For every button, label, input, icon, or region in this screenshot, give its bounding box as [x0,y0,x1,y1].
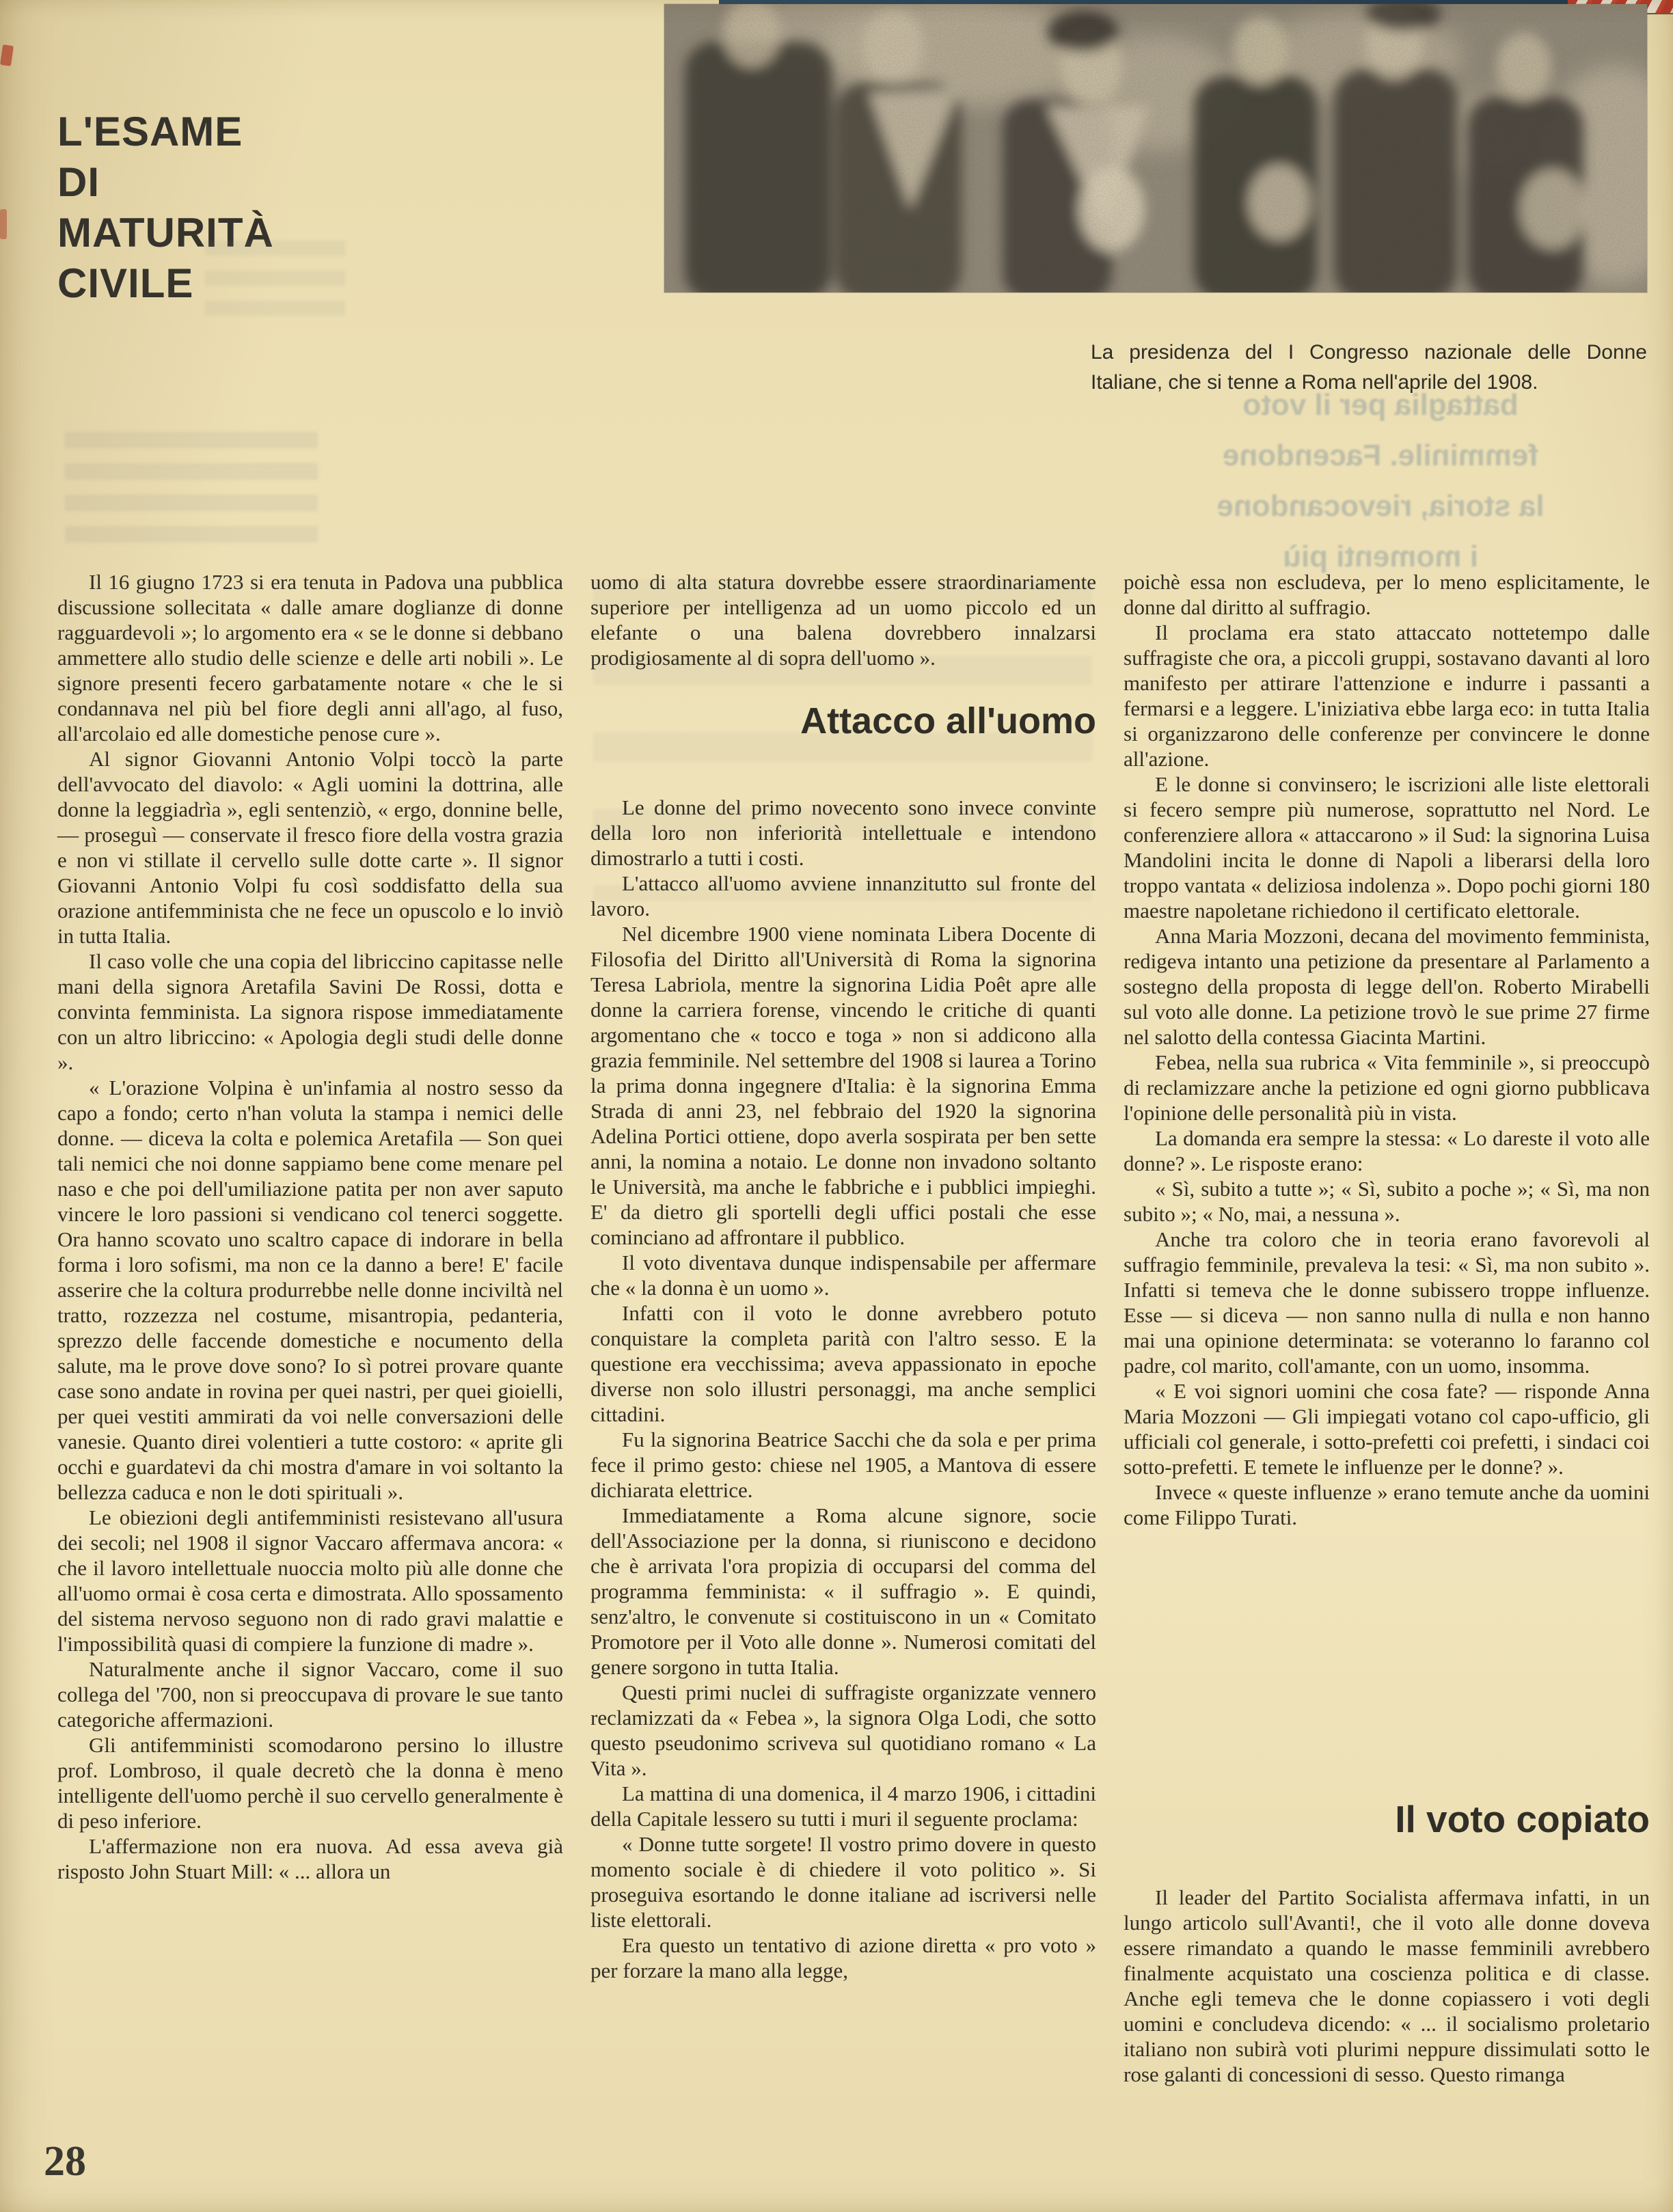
paragraph: Questi primi nuclei di suffragiste organ… [590,1680,1096,1781]
scan-artifact [0,44,14,66]
paragraph: Fu la signorina Beatrice Sacchi che da s… [590,1427,1096,1503]
bleedthrough-smudge [65,432,318,545]
text-column-2-top: uomo di alta statura dovrebbe essere str… [590,569,1096,670]
paragraph: « Donne tutte sorgete! Il vostro primo d… [590,1831,1096,1933]
title-line: MATURITÀ [57,208,372,258]
paragraph: Il proclama era stato attaccato nottetem… [1124,620,1650,772]
paragraph: uomo di alta statura dovrebbe essere str… [590,569,1096,670]
paragraph: Febea, nella sua rubrica « Vita femminil… [1124,1050,1650,1125]
title-line: DI [57,157,372,208]
section-heading-il-voto-copiato: Il voto copiato [1124,1797,1650,1841]
paragraph: Gli antifemministi scomodarono persino l… [57,1732,563,1833]
bleedthrough-line: battaglia per il voto [1134,380,1627,431]
text-column-3: poichè essa non escludeva, per lo meno e… [1124,569,1650,1530]
paragraph: Anna Maria Mozzoni, decana del movimento… [1124,923,1650,1050]
paragraph: Al signor Giovanni Antonio Volpi toccò l… [57,746,563,948]
paragraph: Immediatamente a Roma alcune signore, so… [590,1503,1096,1680]
paragraph: L'affermazione non era nuova. Ad essa av… [57,1833,563,1884]
paragraph: Naturalmente anche il signor Vaccaro, co… [57,1656,563,1732]
paragraph: La mattina di una domenica, il 4 marzo 1… [590,1781,1096,1831]
paragraph: Infatti con il voto le donne avrebbero p… [590,1300,1096,1427]
bleedthrough-text: battaglia per il voto femminile. Facendo… [1134,380,1627,582]
bleedthrough-line: femminile. Facendone [1134,431,1627,481]
paragraph: Il voto diventava dunque indispensabile … [590,1250,1096,1300]
article-title: L'ESAME DI MATURITÀ CIVILE [57,107,372,309]
paragraph: Le donne del primo novecento sono invece… [590,795,1096,871]
title-line: L'ESAME [57,107,372,157]
paragraph: poichè essa non escludeva, per lo meno e… [1124,569,1650,620]
paragraph: Invece « queste influenze » erano temute… [1124,1479,1650,1530]
paragraph: Il caso volle che una copia del libricci… [57,948,563,1075]
paragraph: Le obiezioni degli antifemministi resist… [57,1505,563,1656]
text-column-1: Il 16 giugno 1723 si era tenuta in Padov… [57,569,563,1884]
paragraph: « Sì, subito a tutte »; « Sì, subito a p… [1124,1176,1650,1227]
scan-artifact [0,209,7,239]
magazine-page: L'ESAME DI MATURITÀ CIVILE [0,0,1673,2212]
bleedthrough-line: la storia, rievocandone [1134,481,1627,532]
paragraph: Anche tra coloro che in teoria erano fav… [1124,1227,1650,1378]
title-line: CIVILE [57,258,372,309]
text-column-2: Le donne del primo novecento sono invece… [590,795,1096,1983]
paragraph: « E voi signori uomini che cosa fate? — … [1124,1378,1650,1479]
congress-group-photo [664,4,1647,292]
paragraph: La domanda era sempre la stessa: « Lo da… [1124,1125,1650,1176]
paragraph: Nel dicembre 1900 viene nominata Libera … [590,921,1096,1250]
paragraph: Il leader del Partito Socialista afferma… [1124,1885,1650,2087]
paragraph: « L'orazione Volpina è un'infamia al nos… [57,1075,563,1505]
paragraph: Era questo un tentativo di azione dirett… [590,1933,1096,1983]
text-column-3-bottom: Il leader del Partito Socialista afferma… [1124,1885,1650,2087]
paragraph: L'attacco all'uomo avviene innanzitutto … [590,871,1096,921]
paragraph: Il 16 giugno 1723 si era tenuta in Padov… [57,569,563,746]
page-number: 28 [44,2138,86,2186]
paragraph: E le donne si convinsero; le iscrizioni … [1124,772,1650,923]
section-heading-attacco-alluomo: Attacco all'uomo [590,700,1096,742]
